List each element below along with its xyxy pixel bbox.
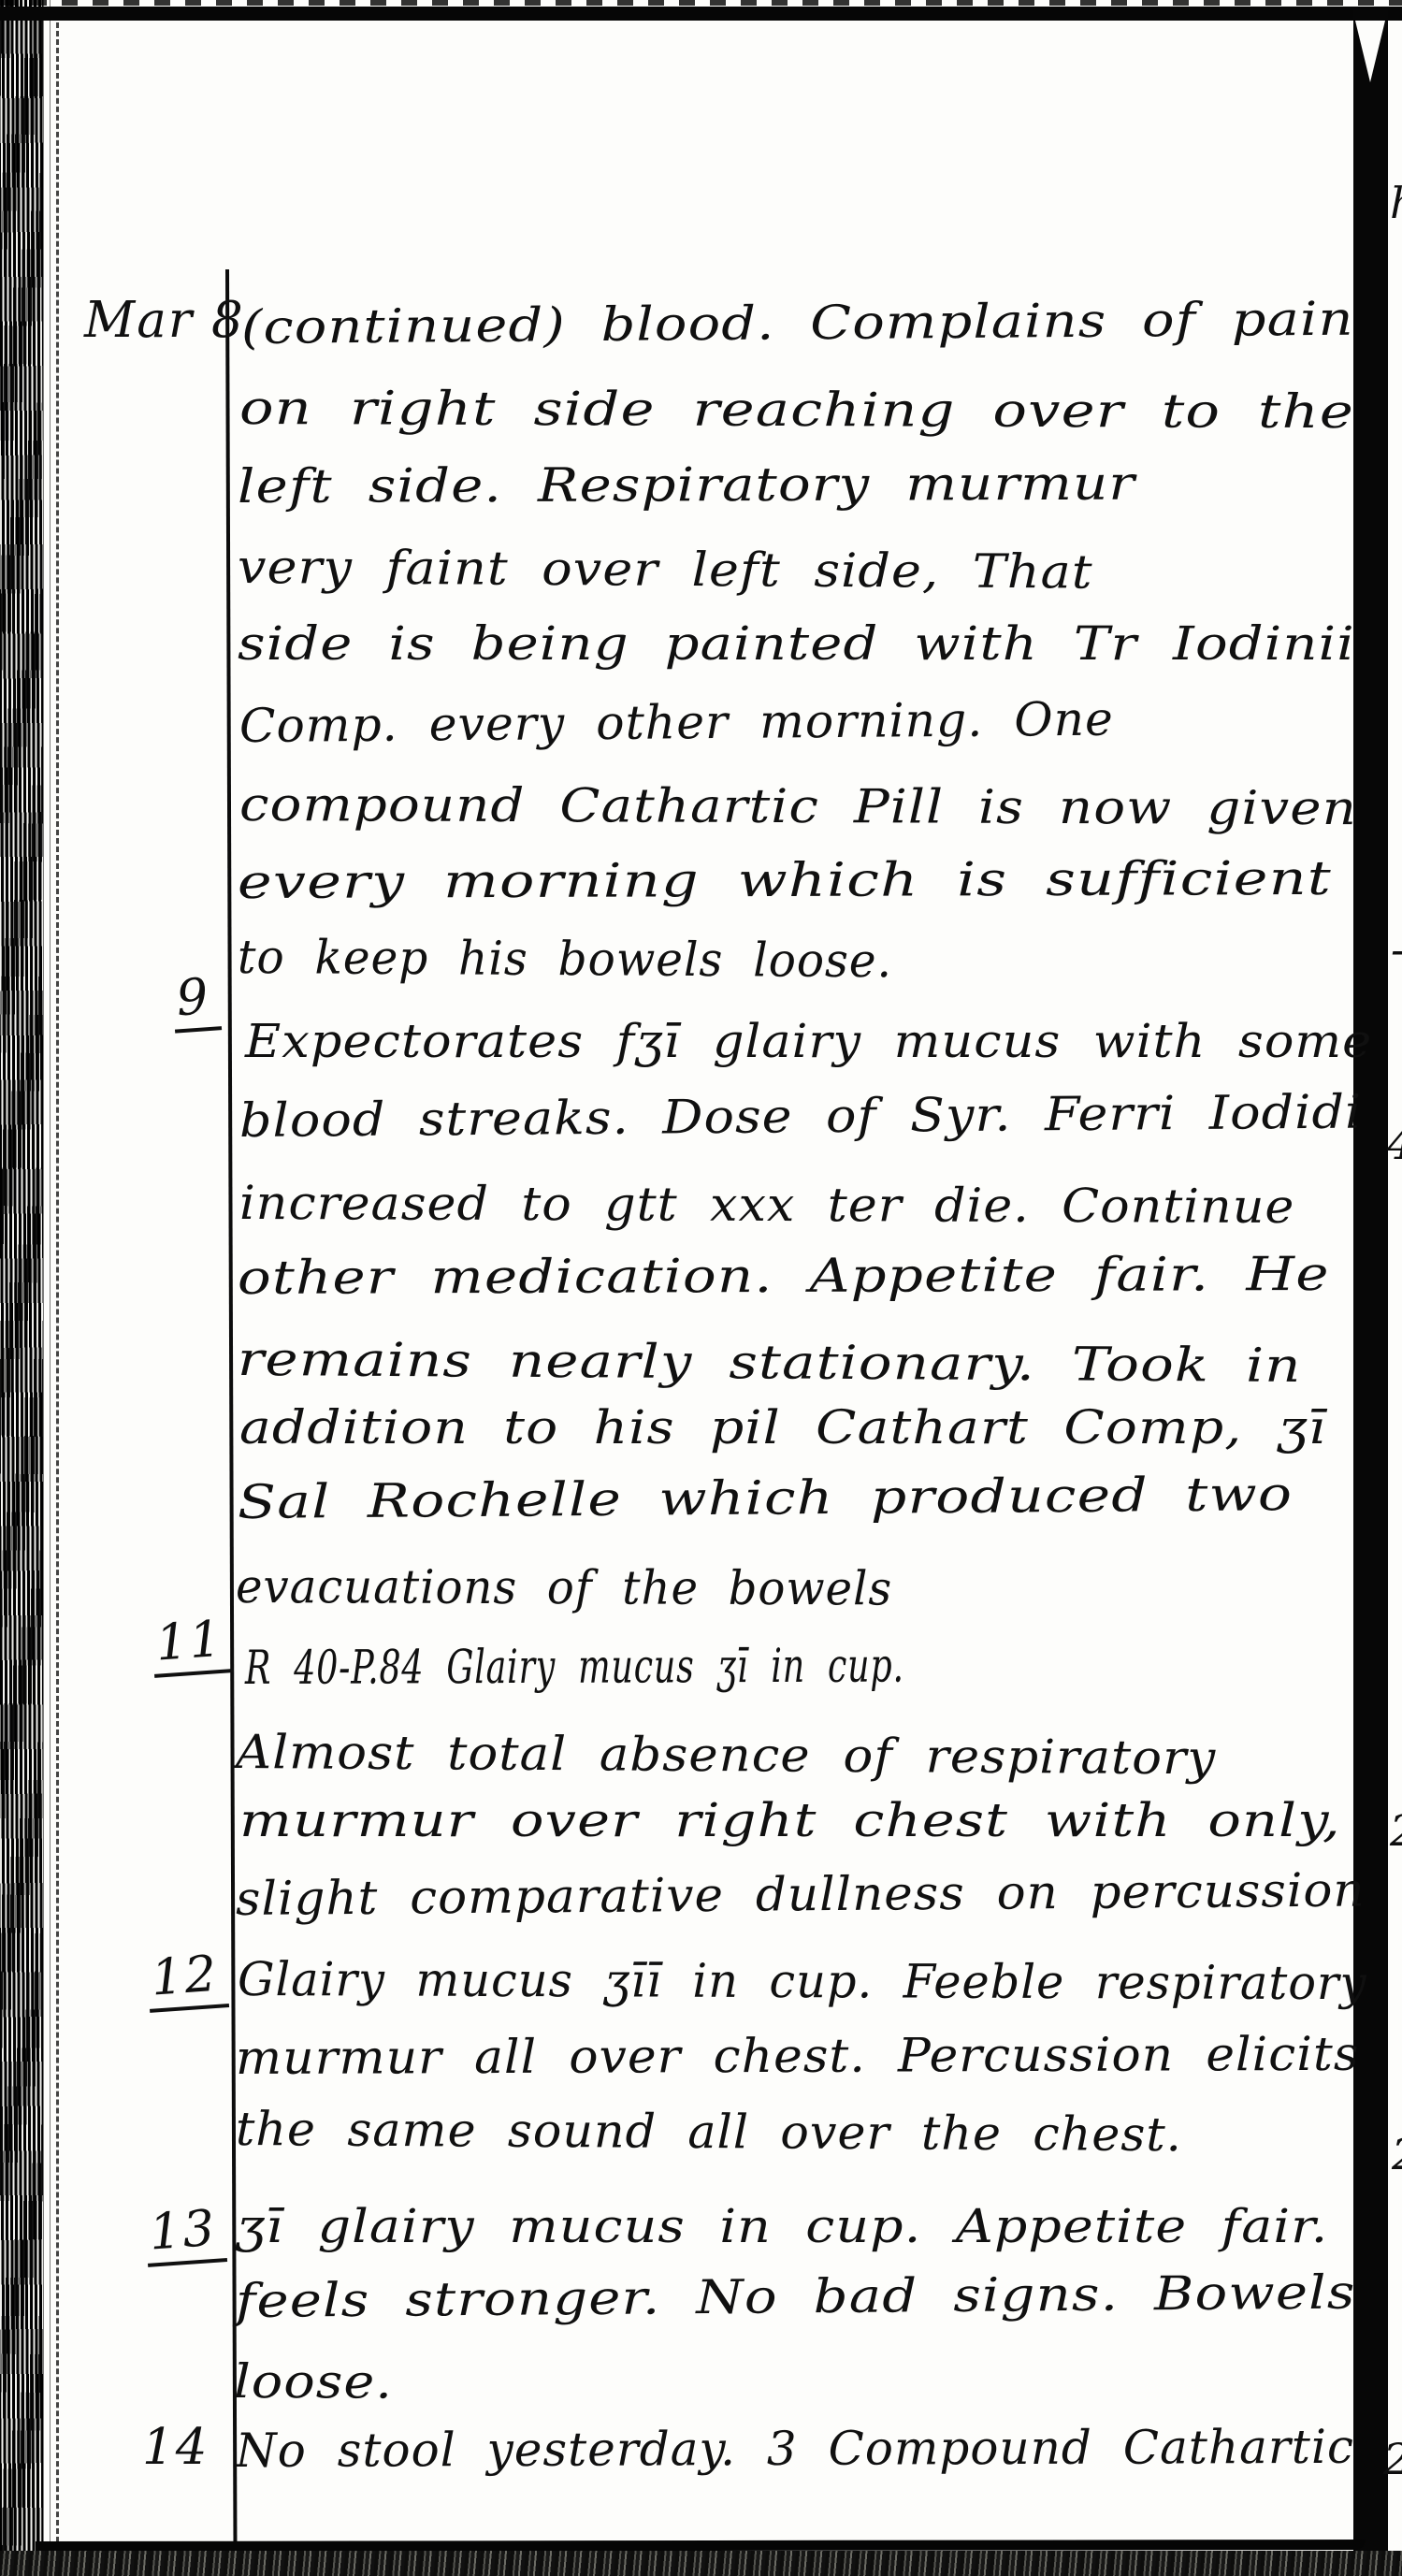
scan-top-border bbox=[0, 7, 1402, 21]
journal-page: Mar 8911121314 (continued) blood. Compla… bbox=[0, 0, 1402, 2576]
handwritten-line: blood streaks. Dose of Syr. Ferri Iodidi bbox=[239, 1086, 1363, 1149]
gutter-top-notch bbox=[1355, 21, 1385, 82]
margin-date-label: 11 bbox=[151, 1614, 235, 1678]
handwritten-line: every morning which is sufficient bbox=[238, 852, 1332, 910]
handwritten-line: the same sound all over the chest. bbox=[236, 2103, 1182, 2163]
margin-date-label: 9 bbox=[171, 971, 222, 1033]
handwritten-line: ʒī glairy mucus in cup. Appetite fair. bbox=[236, 2200, 1328, 2254]
handwritten-line: compound Cathartic Pill is now given bbox=[239, 778, 1357, 836]
handwritten-line: (continued) blood. Complains of pain bbox=[241, 293, 1354, 355]
handwritten-line: evacuations of the bowels bbox=[236, 1560, 892, 1616]
adjacent-page-text-fragment: 4 bbox=[1387, 1119, 1402, 1169]
book-binding-fade bbox=[43, 0, 56, 2576]
handwritten-line: murmur all over chest. Percussion elicit… bbox=[236, 2028, 1360, 2086]
adjacent-page-text-fragment: 2 bbox=[1383, 2434, 1402, 2484]
handwritten-line: Expectorates fʒī glairy mucus with some bbox=[245, 1015, 1372, 1069]
handwritten-line: left side. Respiratory murmur bbox=[238, 457, 1135, 514]
handwritten-line: slight comparative dullness on percussio… bbox=[236, 1864, 1366, 1927]
scan-bottom-texture bbox=[0, 2551, 1402, 2576]
page-gutter-shadow bbox=[1353, 9, 1388, 2576]
handwritten-line: Glairy mucus ʒīī in cup. Feeble respirat… bbox=[238, 1953, 1367, 2011]
margin-date-label: Mar 8 bbox=[84, 296, 245, 345]
handwritten-line: remains nearly stationary. Took in bbox=[238, 1333, 1302, 1393]
handwritten-line: on right side reaching over to the bbox=[239, 382, 1354, 440]
adjacent-page-text-fragment: - bbox=[1391, 924, 1402, 975]
page-edge-dashed-line bbox=[56, 22, 59, 2576]
handwritten-line: to keep his bowels loose. bbox=[238, 931, 892, 989]
handwritten-line: side is being painted with Tr Iodinii bbox=[238, 617, 1355, 672]
handwritten-line: feels stronger. No bad signs. Bowels bbox=[236, 2266, 1356, 2329]
handwritten-line: increased to gtt xxx ter die. Continue bbox=[239, 1177, 1295, 1234]
handwritten-line: Almost total absence of respiratory bbox=[236, 1726, 1217, 1786]
handwritten-line: murmur over right chest with only, bbox=[239, 1794, 1341, 1848]
handwritten-line: Comp. every other morning. One bbox=[239, 693, 1114, 754]
scan-top-speckle bbox=[0, 0, 1402, 6]
handwritten-line: No stool yesterday. 3 Compound Cathartic bbox=[236, 2421, 1354, 2479]
margin-date-label: 13 bbox=[144, 2203, 228, 2267]
handwritten-line: very faint over left side, That bbox=[238, 541, 1093, 600]
handwritten-line: R 40-P.84 Glairy mucus ʒī in cup. bbox=[245, 1640, 904, 1696]
handwritten-line: loose. bbox=[234, 2355, 393, 2410]
adjacent-page-text-fragment: 2 bbox=[1390, 1805, 1402, 1856]
adjacent-page-text-fragment: 2 bbox=[1392, 2129, 1402, 2179]
margin-date-label: 14 bbox=[142, 2423, 209, 2472]
handwritten-line: addition to his pil Cathart Comp, ʒī bbox=[239, 1401, 1326, 1455]
handwritten-line: Sal Rochelle which produced two bbox=[238, 1468, 1294, 1529]
margin-date-label: 12 bbox=[146, 1948, 230, 2013]
adjacent-page-text-fragment: h bbox=[1390, 178, 1402, 228]
handwritten-line: other medication. Appetite fair. He bbox=[238, 1248, 1330, 1306]
book-binding-edge bbox=[0, 0, 43, 2576]
